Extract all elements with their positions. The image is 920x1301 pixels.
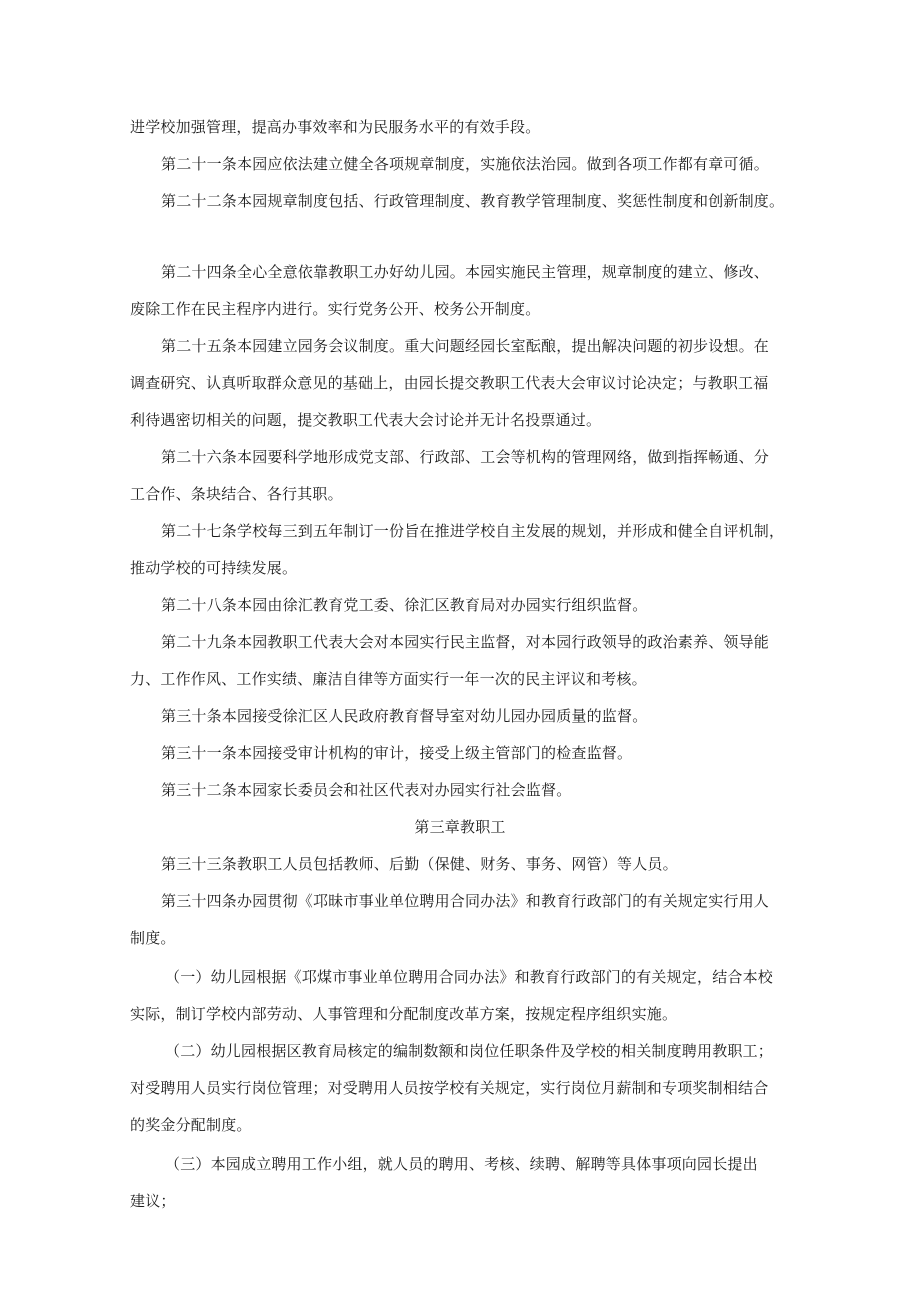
paragraph-line: 实际，制订学校内部劳动、人事管理和分配制度改革方案，按规定程序组织实施。 bbox=[130, 1005, 677, 1023]
paragraph-line: 的奖金分配制度。 bbox=[130, 1116, 252, 1134]
paragraph-line: 第二十九条本园教职工代表大会对本园实行民主监督，对本园行政领导的政治素养、领导能 bbox=[161, 633, 769, 651]
paragraph-line: 第二十一条本园应依法建立健全各项规章制度，实施依法治园。做到各项工作都有章可循。 bbox=[161, 155, 769, 173]
paragraph-line: 废除工作在民主程序内进行。实行党务公开、校务公开制度。 bbox=[130, 300, 540, 318]
paragraph-line: 第三十条本园接受徐汇区人民政府教育督导室对幼儿园办园质量的监督。 bbox=[161, 707, 647, 725]
paragraph-line: （一）幼儿园根据《邛煤市事业单位聘用合同办法》和教育行政部门的有关规定，结合本校 bbox=[165, 968, 773, 986]
paragraph-line: 第三十一条本园接受审计机构的审计，接受上级主管部门的检查监督。 bbox=[161, 744, 632, 762]
paragraph-line: 力、工作作风、工作实绩、廉洁自律等方面实行一年一次的民主评议和考核。 bbox=[130, 670, 647, 688]
paragraph-line: 第二十八条本园由徐汇教育党工委、徐汇区教育局对办园实行组织监督。 bbox=[161, 596, 647, 614]
paragraph-line: 建议； bbox=[130, 1192, 176, 1210]
paragraph-line: 推动学校的可持续发展。 bbox=[130, 559, 297, 577]
paragraph-line: 进学校加强管理，提高办事效率和为民服务水平的有效手段。 bbox=[130, 118, 540, 136]
paragraph-line: （三）本园成立聘用工作小组，就人员的聘用、考核、续聘、解聘等具体事项向园长提出 bbox=[165, 1155, 758, 1173]
paragraph-line: 第三十二条本园家长委员会和社区代表对办园实行社会监督。 bbox=[161, 781, 571, 799]
paragraph-line: 利待遇密切相关的问题，提交教职工代表大会讨论并无计名投票通过。 bbox=[130, 411, 601, 429]
chapter-heading: 第三章教职工 bbox=[0, 818, 920, 836]
paragraph-line: 第三十四条办园贯彻《邛昧市事业单位聘用合同办法》和教育行政部门的有关规定实行用人 bbox=[161, 892, 769, 910]
paragraph-line: 第三十三条教职工人员包括教师、后勤（保健、财务、事务、网管）等人员。 bbox=[161, 855, 678, 873]
paragraph-line: 工合作、条块结合、各行其职。 bbox=[130, 485, 343, 503]
paragraph-line: 对受聘用人员实行岗位管理；对受聘用人员按学校有关规定，实行岗位月薪制和专项奖制相… bbox=[130, 1079, 768, 1097]
paragraph-line: （二）幼儿园根据区教育局核定的编制数额和岗位任职条件及学校的相关制度聘用教职工； bbox=[165, 1042, 773, 1060]
paragraph-line: 第二十七条学校每三到五年制订一份旨在推进学校自主发展的规划，并形成和健全自评机制… bbox=[161, 522, 784, 540]
paragraph-line: 制度。 bbox=[130, 929, 176, 947]
paragraph-line: 第二十二条本园规章制度包括、行政管理制度、教育教学管理制度、奖惩性制度和创新制度… bbox=[161, 192, 784, 210]
paragraph-line: 第二十四条全心全意依靠教职工办好幼儿园。本园实施民主管理，规章制度的建立、修改、 bbox=[161, 263, 769, 281]
paragraph-line: 第二十六条本园要科学地形成党支部、行政部、工会等机构的管理网络，做到指挥畅通、分 bbox=[161, 448, 769, 466]
paragraph-line: 第二十五条本园建立园务会议制度。重大问题经园长室酝酿，提出解决问题的初步设想。在 bbox=[161, 337, 769, 355]
paragraph-line: 调查研究、认真听取群众意见的基础上，由园长提交教职工代表大会审议讨论决定；与教职… bbox=[130, 374, 768, 392]
document-page: 进学校加强管理，提高办事效率和为民服务水平的有效手段。第二十一条本园应依法建立健… bbox=[0, 0, 920, 1301]
